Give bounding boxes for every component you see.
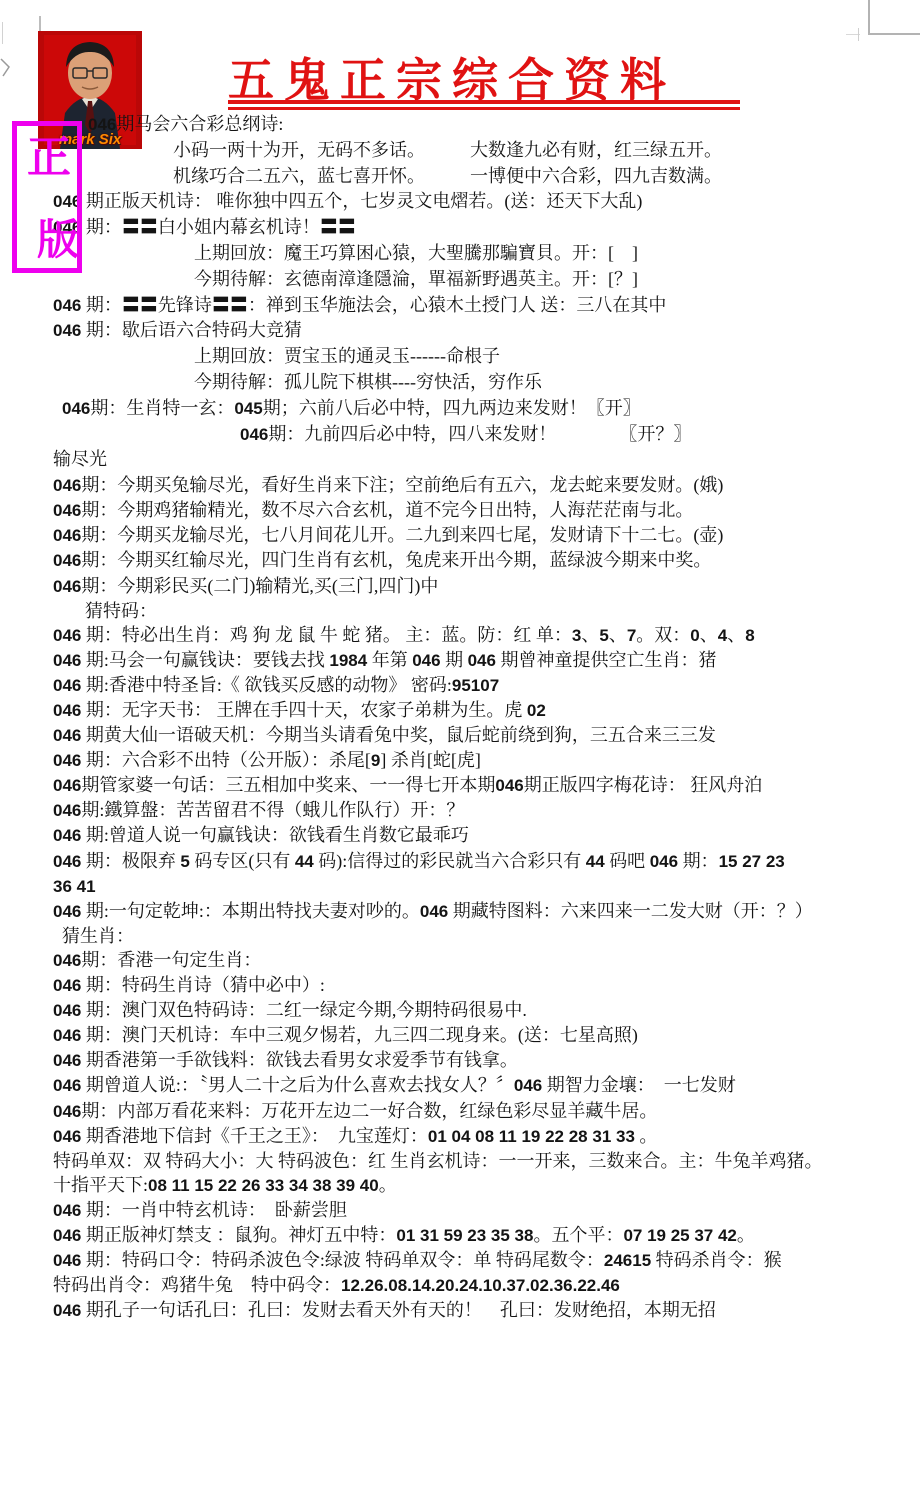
text-line: 046 期：〓〓白小姐内幕玄机诗！〓〓: [0, 215, 920, 241]
text-line: 046期:鐵算盤：苦苦留君不得（蛾儿作队行）开：？: [0, 798, 920, 823]
text-line: 046期管家婆一句话：三五相加中奖来、一一得七开本期046期正版四字梅花诗： 狂…: [0, 773, 920, 798]
text-line: 046 期:香港中特圣旨:《 欲钱买反感的动物》 密码:95107: [0, 673, 920, 698]
stamp-char-bottom: 版: [37, 220, 79, 262]
text-line: 特码单双：双 特码大小：大 特码波色：红 生肖玄机诗：一一开来，三数来合。主：牛…: [0, 1149, 920, 1173]
left-edge-artifact-line: [2, 22, 3, 44]
text-line: 046 期黄大仙一语破天机：今期当头请看兔中奖，鼠后蛇前绕到狗，三五合来三三发: [0, 723, 920, 748]
text-line: 046 期香港第一手欲钱料：欲钱去看男女求爱季节有钱拿。: [0, 1048, 920, 1073]
text-line: 046 期：特码生肖诗（猜中必中）:: [0, 973, 920, 998]
text-line: 特码出肖令：鸡猪牛兔 特中码令：12.26.08.14.20.24.10.37.…: [0, 1273, 920, 1298]
text-line: 046 期：歇后语六合特码大竞猜: [0, 318, 920, 344]
text-line: 36 41: [0, 874, 920, 899]
text-line: 046 期曾道人说:：〝男人二十之后为什么喜欢去找女人？〞046 期智力金壤： …: [0, 1073, 920, 1098]
text-line: 046 期：六合彩不出特（公开版）：杀尾[9] 杀肖[蛇[虎]: [0, 748, 920, 773]
text-line: 046 期正版天机诗： 唯你独中四五个，七岁灵文电熠若。(送：还天下大乱): [0, 189, 920, 215]
top-edge-artifact-line: [39, 16, 41, 31]
text-line: 046 期：特码口令：特码杀波色令:绿波 特码单双令：单 特码尾数令：24615…: [0, 1248, 920, 1273]
text-line: 小码一两十为开，无码不多话。 大数逢九必有财，红三绿五开。: [0, 138, 920, 164]
page: mark Six 五鬼正宗综合资料 正 版 046期马会六合彩总纲诗:小码一两十…: [0, 0, 920, 1500]
text-line: 今期待解：孤儿院下棋棋----穷快活，穷作乐: [0, 370, 920, 396]
text-line: 046期：生肖特一玄：045期；六前八后必中特，四九两边来发财！〖开〗: [0, 396, 920, 422]
text-line: 猜特码：: [0, 599, 920, 623]
text-line: 046 期:一句定乾坤:：本期出特找夫妻对吵的。046 期藏特图料：六来四来一二…: [0, 899, 920, 924]
text-line: 046 期：一肖中特玄机诗： 卧薪尝胆: [0, 1198, 920, 1223]
text-line: 046期马会六合彩总纲诗:: [0, 112, 920, 138]
text-line: 046期：今期买红输尽光，四门生肖有玄机，兔虎来开出今期，蓝绿波今期来中奖。: [0, 548, 920, 573]
left-edge-artifact-icon: [0, 58, 12, 83]
text-line: 046 期：特必出生肖：鸡 狗 龙 鼠 牛 蛇 猪。 主：蓝。防：红 单：3、5…: [0, 623, 920, 648]
text-line: 046 期：〓〓先锋诗〓〓：禅到玉华施法会，心猿木土授门人 送：三八在其中: [0, 293, 920, 319]
text-line: 046 期：澳门天机诗：车中三观夕惕若，九三四二现身来。(送：七星高照): [0, 1023, 920, 1048]
text-line: 今期待解：玄德南漳逢隱淪，單福新野遇英主。开：[？]: [0, 267, 920, 293]
text-line: 046 期：澳门双色特码诗：二红一绿定今期,今期特码很易中.: [0, 998, 920, 1023]
text-line: 046 期：极限弃 5 码专区(只有 44 码):信得过的彩民就当六合彩只有 4…: [0, 849, 920, 874]
title-underline-top: [228, 100, 740, 104]
text-line: 046期：今期鸡猪输精光，数不尽六合玄机，道不完今日出特，人海茫茫南与北。: [0, 498, 920, 523]
table-corner-mark-vertical: [868, 0, 870, 34]
text-line: 046期：香港一句定生肖：: [0, 948, 920, 973]
title-underline-bottom: [228, 107, 740, 110]
text-line: 机缘巧合二五六，蓝七喜开怀。 一博便中六合彩，四九吉数满。: [0, 164, 920, 190]
text-line: 046 期正版神灯禁支 ：鼠狗。神灯五中特：01 31 59 23 35 38。…: [0, 1223, 920, 1248]
table-corner-mark-tick: [858, 28, 859, 41]
text-line: 046 期:马会一句赢钱诀：要钱去找 1984 年第 046 期 046 期曾神…: [0, 648, 920, 673]
text-line: 046期：今期买兔输尽光，看好生肖来下注；空前绝后有五六，龙去蛇来要发财。(娥): [0, 473, 920, 498]
text-line: 046 期孔子一句话孔曰：孔曰：发财去看天外有天的！ 孔曰：发财绝招，本期无招: [0, 1298, 920, 1323]
stamp-char-top: 正: [27, 136, 71, 180]
text-line: 输尽光: [0, 447, 920, 473]
text-line: 046期：内部万看花来料：万花开左边二一好合数，红绿色彩尽显羊藏牛居。: [0, 1099, 920, 1124]
content-lines: 046期马会六合彩总纲诗:小码一两十为开，无码不多话。 大数逢九必有财，红三绿五…: [0, 112, 920, 1323]
text-line: 猜生肖：: [0, 924, 920, 948]
table-corner-mark-horizontal: [868, 33, 920, 35]
text-line: 046期：今期彩民买(二门)输精光,买(三门,四门)中: [0, 574, 920, 599]
text-line: 上期回放：魔王巧算困心猿，大聖騰那騙寶貝。开：[ ]: [0, 241, 920, 267]
text-line: 十指平天下:08 11 15 22 26 33 34 38 39 40。: [0, 1173, 920, 1198]
authenticity-stamp: 正 版: [12, 121, 82, 273]
text-line: 046 期:曾道人说一句赢钱诀：欲钱看生肖数它最乖巧: [0, 823, 920, 848]
text-line: 046 期：无字天书： 王牌在手四十天，农家子弟耕为生。虎 02: [0, 698, 920, 723]
text-line: 046期：九前四后必中特，四八来发财！ 〖开？〗: [0, 422, 920, 448]
text-line: 046 期香港地下信封《千王之王》： 九宝莲灯：01 04 08 11 19 2…: [0, 1124, 920, 1149]
text-line: 046期：今期买龙输尽光，七八月间花儿开。二九到来四七尾，发财请下十二七。(壶): [0, 523, 920, 548]
text-line: 上期回放：贾宝玉的通灵玉------命根子: [0, 344, 920, 370]
